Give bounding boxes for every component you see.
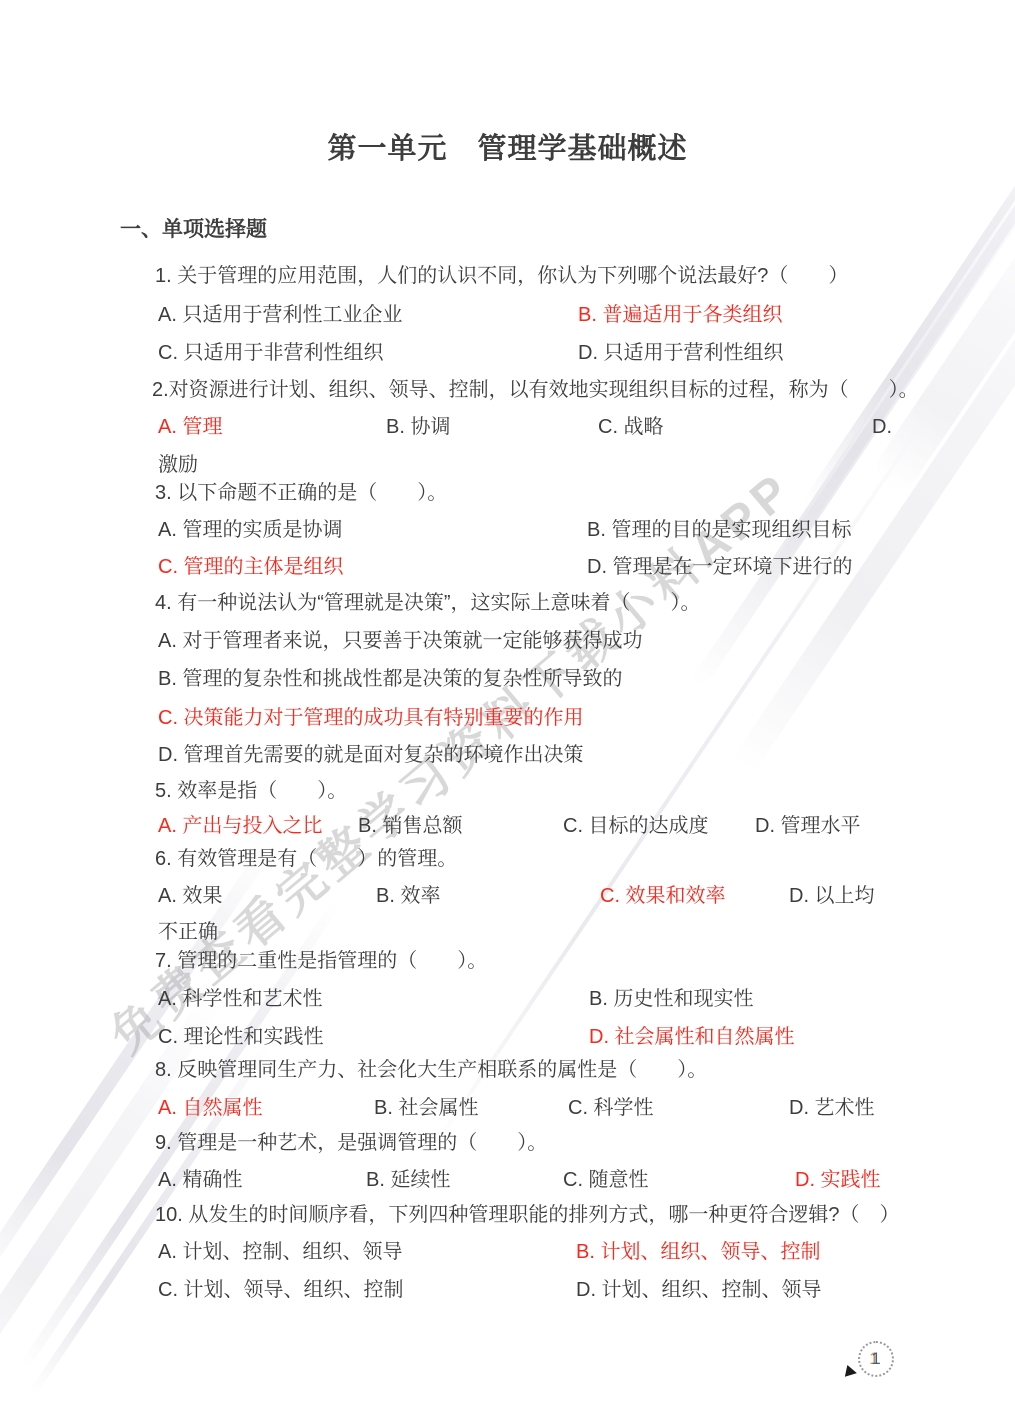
option: A. 效果	[158, 884, 222, 908]
question-stem: 1. 关于管理的应用范围，人们的认识不同，你认为下列哪个说法最好?（ ）	[155, 264, 848, 288]
option: D. 只适用于营利性组织	[578, 341, 784, 365]
option: B. 效率	[376, 884, 440, 908]
option: B. 延续性	[366, 1168, 450, 1192]
question-stem: 5. 效率是指（ ）。	[155, 779, 347, 803]
option: D. 以上均	[789, 884, 875, 908]
option: D. 管理是在一定环境下进行的	[587, 555, 853, 579]
option: C. 理论性和实践性	[158, 1025, 324, 1049]
question-stem: 3. 以下命题不正确的是（ ）。	[155, 481, 447, 505]
option: A. 管理	[158, 415, 222, 439]
page-number: 1	[860, 1343, 892, 1375]
option: A. 产出与投入之比	[158, 814, 322, 838]
page-title: 第一单元 管理学基础概述	[0, 126, 1015, 167]
option: C. 计划、领导、组织、控制	[158, 1278, 404, 1302]
option: C. 科学性	[568, 1096, 654, 1120]
question-stem: 7. 管理的二重性是指管理的（ ）。	[155, 949, 487, 973]
document-page: 免费查看完整学习资料下载小料APP 第一单元 管理学基础概述 一、单项选择题 1…	[0, 0, 1015, 1413]
question-stem: 4. 有一种说法认为“管理就是决策”，这实际上意味着（ ）。	[155, 591, 701, 615]
option-continuation: 不正确	[158, 920, 218, 944]
option-continuation: 激励	[158, 453, 198, 477]
option: C. 目标的达成度	[563, 814, 709, 838]
section-heading: 一、单项选择题	[120, 213, 267, 243]
option: C. 随意性	[563, 1168, 649, 1192]
page-number-spinner: 1	[858, 1341, 894, 1377]
option: B. 协调	[386, 415, 450, 439]
question-stem: 10. 从发生的时间顺序看，下列四种管理职能的排列方式，哪一种更符合逻辑?（ ）	[155, 1203, 899, 1227]
option: B. 普遍适用于各类组织	[578, 303, 782, 327]
question-stem: 2.对资源进行计划、组织、领导、控制，以有效地实现组织目标的过程，称为（ ）。	[152, 378, 919, 402]
option: A. 科学性和艺术性	[158, 987, 322, 1011]
option: D. 管理首先需要的就是面对复杂的环境作出决策	[158, 743, 584, 767]
option: D. 实践性	[795, 1168, 881, 1192]
option: D. 艺术性	[789, 1096, 875, 1120]
option: B. 社会属性	[374, 1096, 478, 1120]
question-stem: 9. 管理是一种艺术，是强调管理的（ ）。	[155, 1131, 547, 1155]
option: D. 计划、组织、控制、领导	[576, 1278, 822, 1302]
option: A. 自然属性	[158, 1096, 262, 1120]
option: C. 管理的主体是组织	[158, 555, 344, 579]
question-stem: 8. 反映管理同生产力、社会化大生产相联系的属性是（ ）。	[155, 1058, 707, 1082]
option: C. 效果和效率	[600, 884, 726, 908]
option: B. 历史性和现实性	[589, 987, 753, 1011]
cursor-pointer-icon	[845, 1365, 858, 1379]
option: B. 管理的目的是实现组织目标	[587, 518, 851, 542]
option: C. 决策能力对于管理的成功具有特别重要的作用	[158, 706, 584, 730]
question-stem: 6. 有效管理是有（ ）的管理。	[155, 847, 457, 871]
option: A. 只适用于营利性工业企业	[158, 303, 402, 327]
option: A. 对于管理者来说，只要善于决策就一定能够获得成功	[158, 629, 642, 653]
option: C. 战略	[598, 415, 664, 439]
option: A. 计划、控制、组织、领导	[158, 1240, 402, 1264]
option: A. 管理的实质是协调	[158, 518, 342, 542]
option: D. 社会属性和自然属性	[589, 1025, 795, 1049]
option: D. 管理水平	[755, 814, 861, 838]
option: B. 计划、组织、领导、控制	[576, 1240, 820, 1264]
option: B. 管理的复杂性和挑战性都是决策的复杂性所导致的	[158, 667, 622, 691]
option: D.	[872, 415, 892, 439]
option: C. 只适用于非营利性组织	[158, 341, 384, 365]
option: B. 销售总额	[358, 814, 462, 838]
option: A. 精确性	[158, 1168, 242, 1192]
